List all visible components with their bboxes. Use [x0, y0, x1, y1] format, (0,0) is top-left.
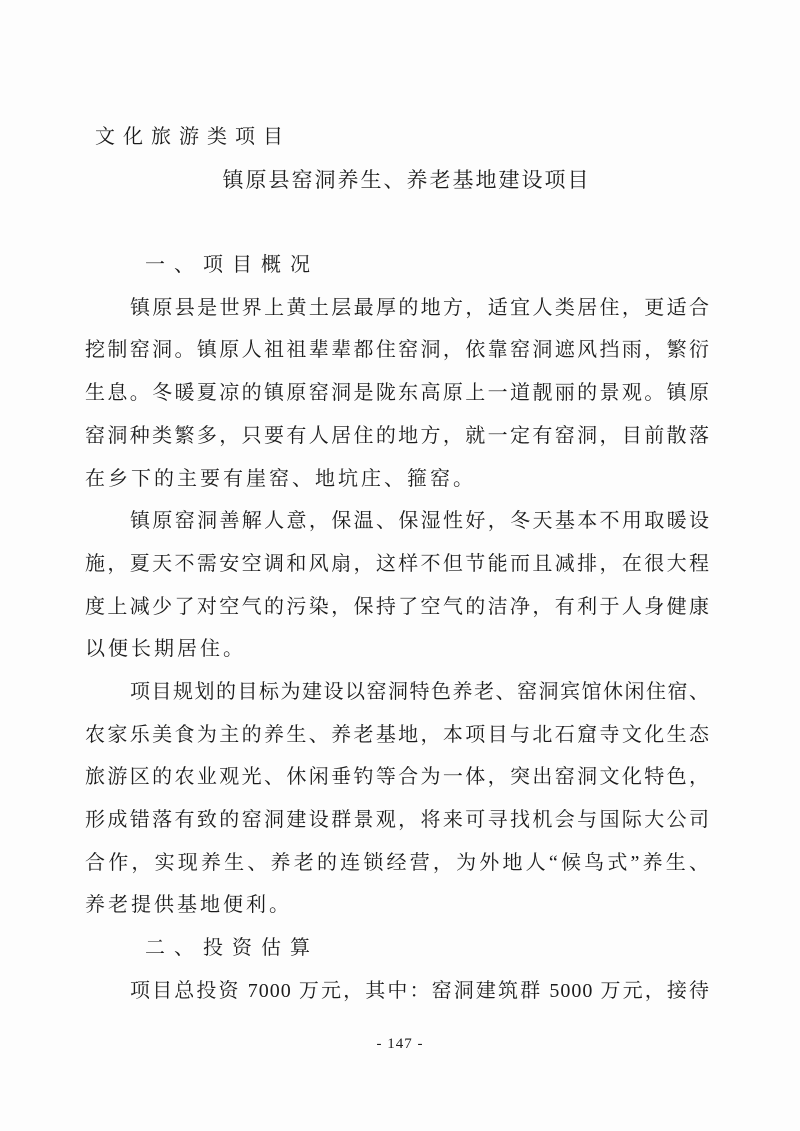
category-label: 文化旅游类项目: [85, 116, 710, 159]
text-line: 窑洞种类繁多，只要有人居住的地方，就一定有窑洞，目前散落: [85, 415, 710, 458]
text-line: 挖制窑洞。镇原人祖祖辈辈都住窑洞，依靠窑洞遮风挡雨，繁衍: [85, 329, 710, 372]
page-number: - 147 -: [0, 1036, 800, 1053]
text-line: 度上减少了对空气的污染，保持了空气的洁净，有利于人身健康: [85, 586, 710, 629]
text-line: 形成错落有致的窑洞建设群景观，将来可寻找机会与国际大公司: [85, 799, 710, 842]
text-line: 生息。冬暖夏凉的镇原窑洞是陇东高原上一道靓丽的景观。镇原: [85, 372, 710, 415]
text-line: 以便长期居住。: [85, 628, 710, 671]
text-line: 项目规划的目标为建设以窑洞特色养老、窑洞宾馆休闲住宿、: [85, 671, 710, 714]
text-line: 合作，实现养生、养老的连锁经营，为外地人“候鸟式”养生、: [85, 842, 710, 885]
text-line: 在乡下的主要有崖窑、地坑庄、箍窑。: [85, 458, 710, 501]
text-line: 养老提供基地便利。: [85, 884, 710, 927]
text-line: 农家乐美食为主的养生、养老基地，本项目与北石窟寺文化生态: [85, 714, 710, 757]
section-heading-investment: 二、投资估算: [85, 927, 710, 970]
blank-line: [85, 201, 710, 244]
document-page: 文化旅游类项目 镇原县窑洞养生、养老基地建设项目 一、项目概况 镇原县是世界上黄…: [0, 0, 800, 1131]
section-heading-overview: 一、项目概况: [85, 244, 710, 287]
text-line: 镇原窑洞善解人意，保温、保湿性好，冬天基本不用取暖设: [85, 500, 710, 543]
text-line: 旅游区的农业观光、休闲垂钓等合为一体，突出窑洞文化特色，: [85, 756, 710, 799]
text-line: 施，夏天不需安空调和风扇，这样不但节能而且减排，在很大程: [85, 543, 710, 586]
text-line: 镇原县是世界上黄土层最厚的地方，适宜人类居住，更适合: [85, 287, 710, 330]
document-body: 文化旅游类项目 镇原县窑洞养生、养老基地建设项目 一、项目概况 镇原县是世界上黄…: [85, 116, 710, 1012]
document-title: 镇原县窑洞养生、养老基地建设项目: [85, 159, 710, 202]
text-line: 项目总投资 7000 万元，其中：窑洞建筑群 5000 万元，接待: [85, 970, 710, 1013]
